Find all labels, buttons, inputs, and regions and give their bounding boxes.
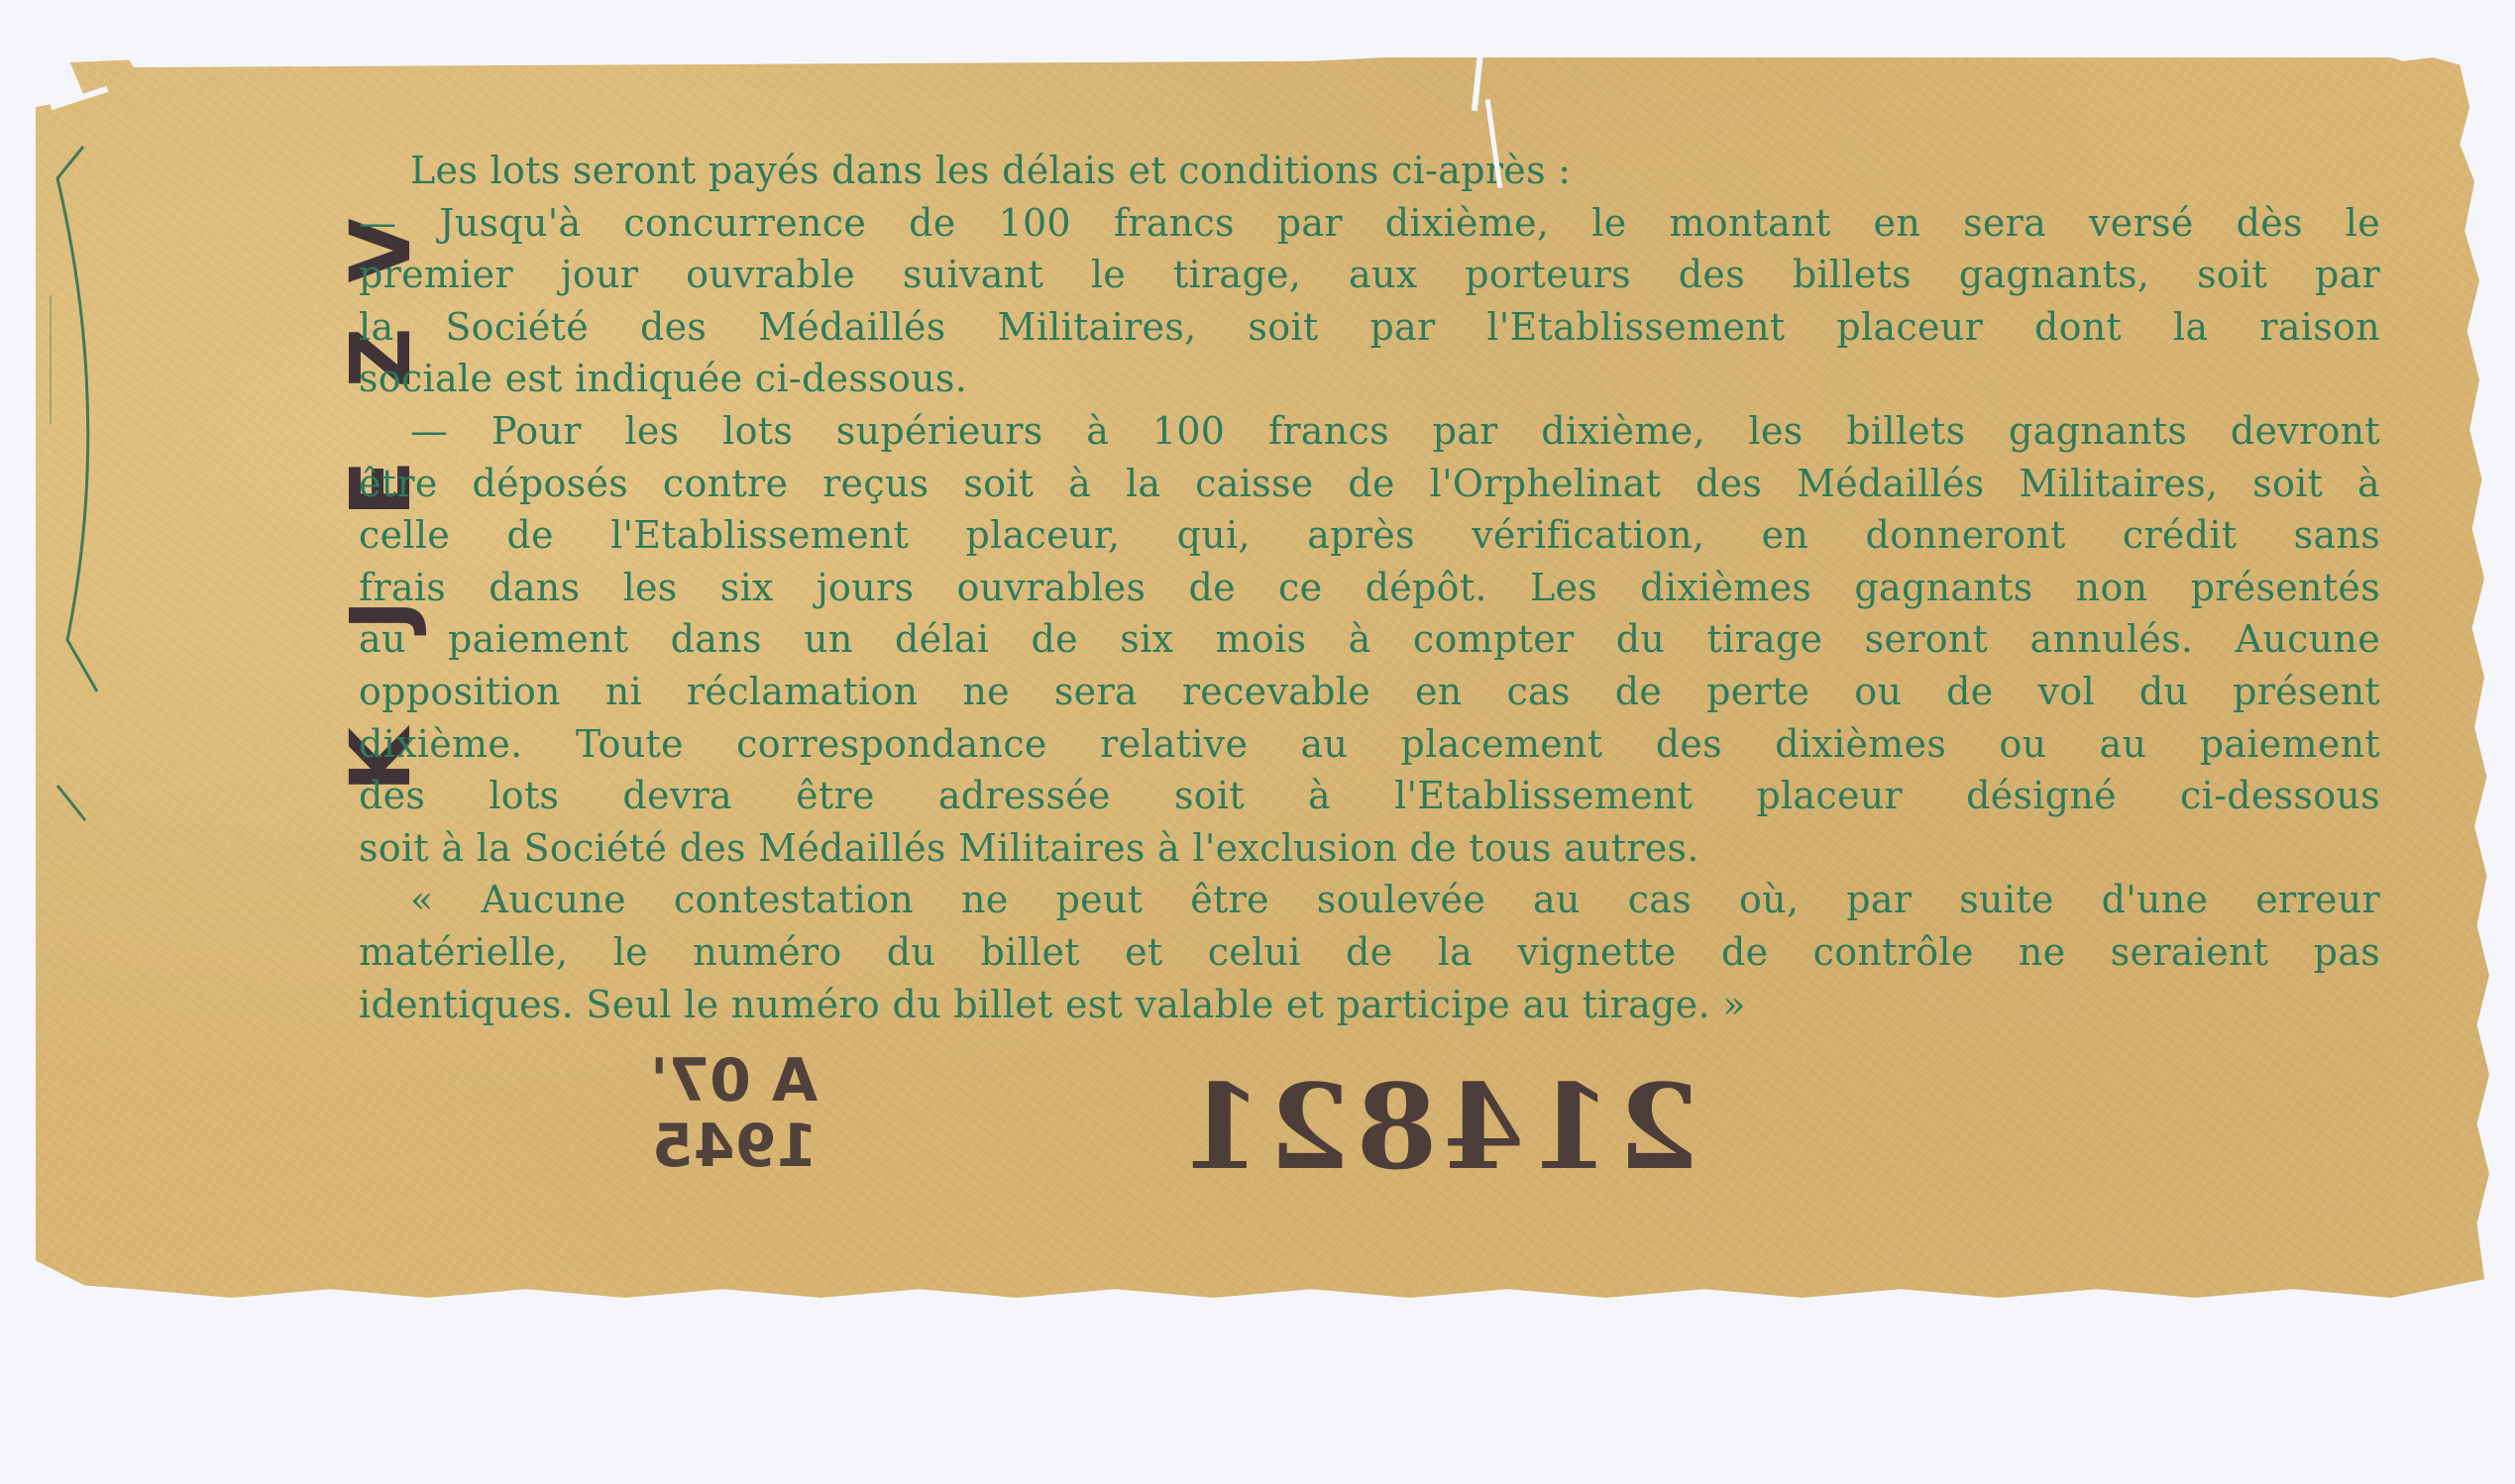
text-line: — Pour les lots supérieurs à 100 francs … bbox=[359, 405, 2380, 458]
serial-number: 214821 bbox=[1175, 1058, 1699, 1196]
text-line: être déposés contre reçus soit à la cais… bbox=[359, 458, 2380, 510]
text-line: celle de l'Etablissement placeur, qui, a… bbox=[359, 509, 2380, 562]
text-line: la Société des Médaillés Militaires, soi… bbox=[359, 301, 2380, 354]
text-line: premier jour ouvrable suivant le tirage,… bbox=[359, 249, 2380, 301]
text-line: dixième. Toute correspondance relative a… bbox=[359, 718, 2380, 771]
text-line: soit à la Société des Médaillés Militair… bbox=[359, 822, 2380, 875]
payment-conditions-text: Les lots seront payés dans les délais et… bbox=[359, 145, 2380, 1030]
date-stamp-line-2: 1945 bbox=[652, 1113, 818, 1179]
text-line: frais dans les six jours ouvrables de ce… bbox=[359, 562, 2380, 614]
text-line: « Aucune contestation ne peut être soule… bbox=[359, 874, 2380, 926]
text-line: sociale est indiquée ci-dessous. bbox=[359, 353, 2380, 405]
text-line: au paiement dans un délai de six mois à … bbox=[359, 613, 2380, 666]
text-line: Les lots seront payés dans les délais et… bbox=[359, 145, 2380, 197]
lottery-ticket-back: V Z E J K Les lots seront payés dans les… bbox=[36, 57, 2489, 1298]
serial-number-stamp: 214821 bbox=[1175, 1058, 1699, 1196]
date-stamp: A 07' 1945 bbox=[650, 1048, 818, 1179]
text-line: — Jusqu'à concurrence de 100 francs par … bbox=[359, 197, 2380, 250]
date-stamp-line-1: A 07' bbox=[650, 1048, 818, 1113]
text-line: matérielle, le numéro du billet et celui… bbox=[359, 926, 2380, 979]
text-line: des lots devra être adressée soit à l'Et… bbox=[359, 770, 2380, 822]
text-line: opposition ni réclamation ne sera receva… bbox=[359, 666, 2380, 718]
margin-arc-icon bbox=[36, 57, 234, 1246]
text-line: identiques. Seul le numéro du billet est… bbox=[359, 979, 2380, 1031]
